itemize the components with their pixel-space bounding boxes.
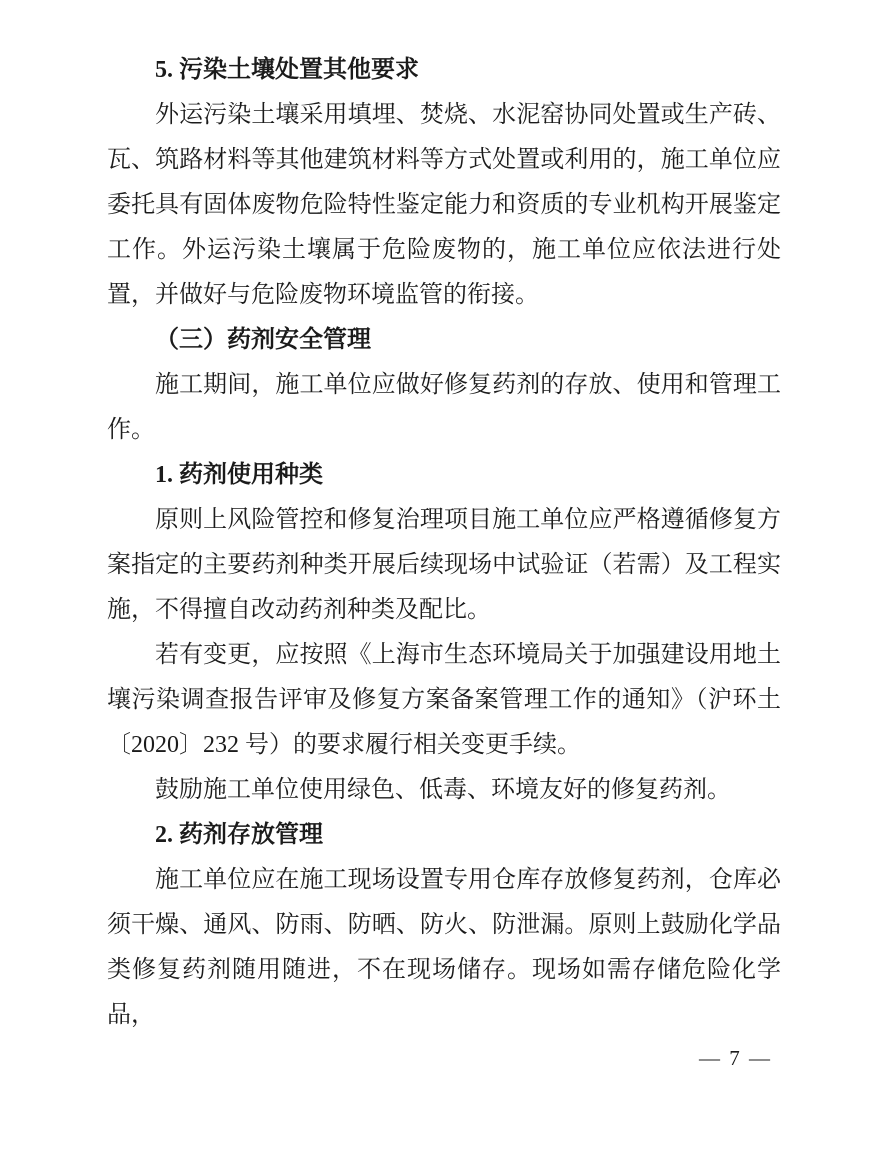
section-heading-3-reagent-safety-management: （三）药剂安全管理 bbox=[107, 318, 781, 363]
paragraph-change-procedure-notice: 若有变更，应按照《上海市生态环境局关于加强建设用地土壤污染调查报告评审及修复方案… bbox=[107, 633, 781, 768]
paragraph-green-reagents-encouragement: 鼓励施工单位使用绿色、低毒、环境友好的修复药剂。 bbox=[107, 768, 781, 813]
paragraph-soil-disposal-requirements: 外运污染土壤采用填埋、焚烧、水泥窑协同处置或生产砖、瓦、筑路材料等其他建筑材料等… bbox=[107, 93, 781, 318]
page-number: — 7 — bbox=[699, 1044, 772, 1072]
subsection-heading-1-reagent-usage-types: 1. 药剂使用种类 bbox=[107, 453, 781, 498]
document-body: 5. 污染土壤处置其他要求 外运污染土壤采用填埋、焚烧、水泥窑协同处置或生产砖、… bbox=[107, 48, 781, 1038]
paragraph-reagent-management-duty: 施工期间，施工单位应做好修复药剂的存放、使用和管理工作。 bbox=[107, 363, 781, 453]
subsection-heading-2-reagent-storage-management: 2. 药剂存放管理 bbox=[107, 813, 781, 858]
paragraph-reagent-type-compliance: 原则上风险管控和修复治理项目施工单位应严格遵循修复方案指定的主要药剂种类开展后续… bbox=[107, 498, 781, 633]
section-heading-5-soil-disposal-other-requirements: 5. 污染土壤处置其他要求 bbox=[107, 48, 781, 93]
paragraph-reagent-storage-requirements: 施工单位应在施工现场设置专用仓库存放修复药剂，仓库必须干燥、通风、防雨、防晒、防… bbox=[107, 858, 781, 1038]
document-page: 5. 污染土壤处置其他要求 外运污染土壤采用填埋、焚烧、水泥窑协同处置或生产砖、… bbox=[0, 0, 892, 1156]
